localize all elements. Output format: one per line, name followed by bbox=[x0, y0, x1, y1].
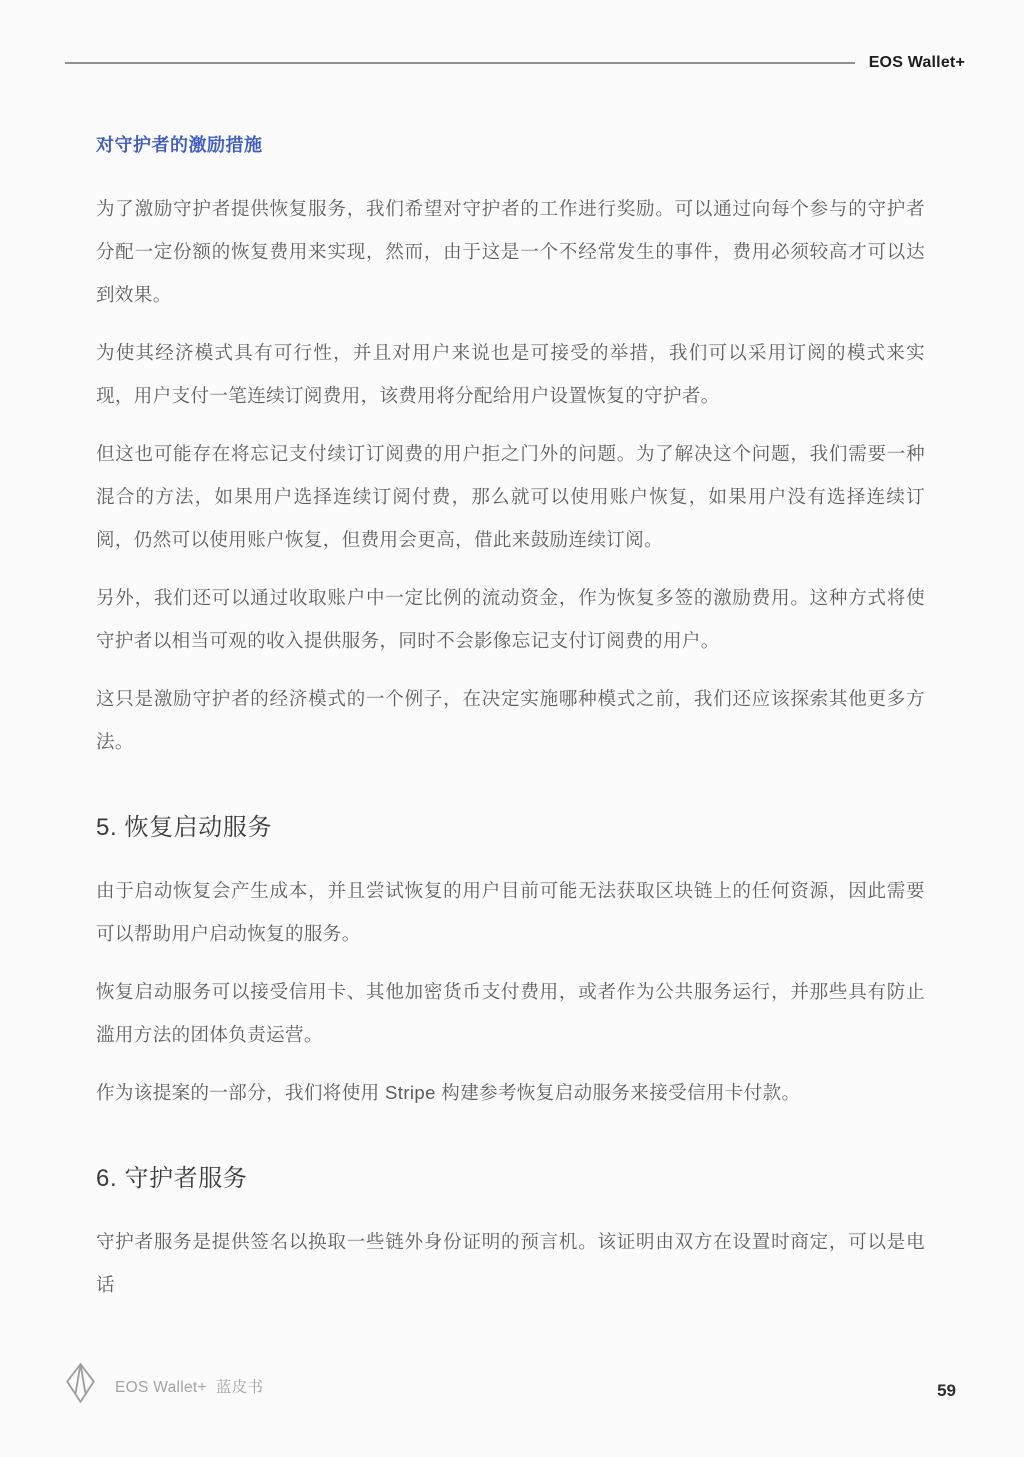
eos-logo-icon bbox=[62, 1362, 99, 1409]
footer-brand-group: EOS Wallet+蓝皮书 bbox=[62, 1362, 263, 1409]
page-number: 59 bbox=[937, 1381, 956, 1401]
paragraph: 这只是激励守护者的经济模式的一个例子，在决定实施哪种模式之前，我们还应该探索其他… bbox=[96, 677, 925, 763]
footer-doc-title: EOS Wallet+蓝皮书 bbox=[115, 1375, 263, 1397]
subheading-guardian-incentives: 对守护者的激励措施 bbox=[96, 131, 925, 157]
document-page: EOS Wallet+ 对守护者的激励措施 为了激励守护者提供恢复服务，我们希望… bbox=[0, 0, 1024, 1457]
paragraph: 作为该提案的一部分，我们将使用 Stripe 构建参考恢复启动服务来接受信用卡付… bbox=[96, 1071, 925, 1114]
paragraph: 由于启动恢复会产生成本，并且尝试恢复的用户目前可能无法获取区块链上的任何资源，因… bbox=[96, 869, 925, 955]
page-header: EOS Wallet+ bbox=[65, 52, 965, 74]
footer-brand: EOS Wallet+ bbox=[115, 1379, 207, 1396]
paragraph: 守护者服务是提供签名以换取一些链外身份证明的预言机。该证明由双方在设置时商定，可… bbox=[96, 1220, 925, 1306]
header-rule bbox=[65, 62, 855, 64]
paragraph: 但这也可能存在将忘记支付续订订阅费的用户拒之门外的问题。为了解决这个问题，我们需… bbox=[96, 432, 925, 561]
paragraph: 另外，我们还可以通过收取账户中一定比例的流动资金，作为恢复多签的激励费用。这种方… bbox=[96, 576, 925, 662]
page-footer: EOS Wallet+蓝皮书 59 bbox=[0, 1365, 1024, 1409]
page-content: 对守护者的激励措施 为了激励守护者提供恢复服务，我们希望对守护者的工作进行奖励。… bbox=[96, 131, 925, 1306]
section-title-recovery-bootstrap-service: 5. 恢复启动服务 bbox=[96, 807, 925, 842]
footer-doc-label: 蓝皮书 bbox=[216, 1379, 263, 1396]
paragraph: 为使其经济模式具有可行性，并且对用户来说也是可接受的举措，我们可以采用订阅的模式… bbox=[96, 331, 925, 417]
paragraph: 为了激励守护者提供恢复服务，我们希望对守护者的工作进行奖励。可以通过向每个参与的… bbox=[96, 187, 925, 316]
header-brand: EOS Wallet+ bbox=[869, 54, 965, 72]
paragraph: 恢复启动服务可以接受信用卡、其他加密货币支付费用，或者作为公共服务运行，并那些具… bbox=[96, 970, 925, 1056]
section-title-guardian-service: 6. 守护者服务 bbox=[96, 1158, 925, 1193]
